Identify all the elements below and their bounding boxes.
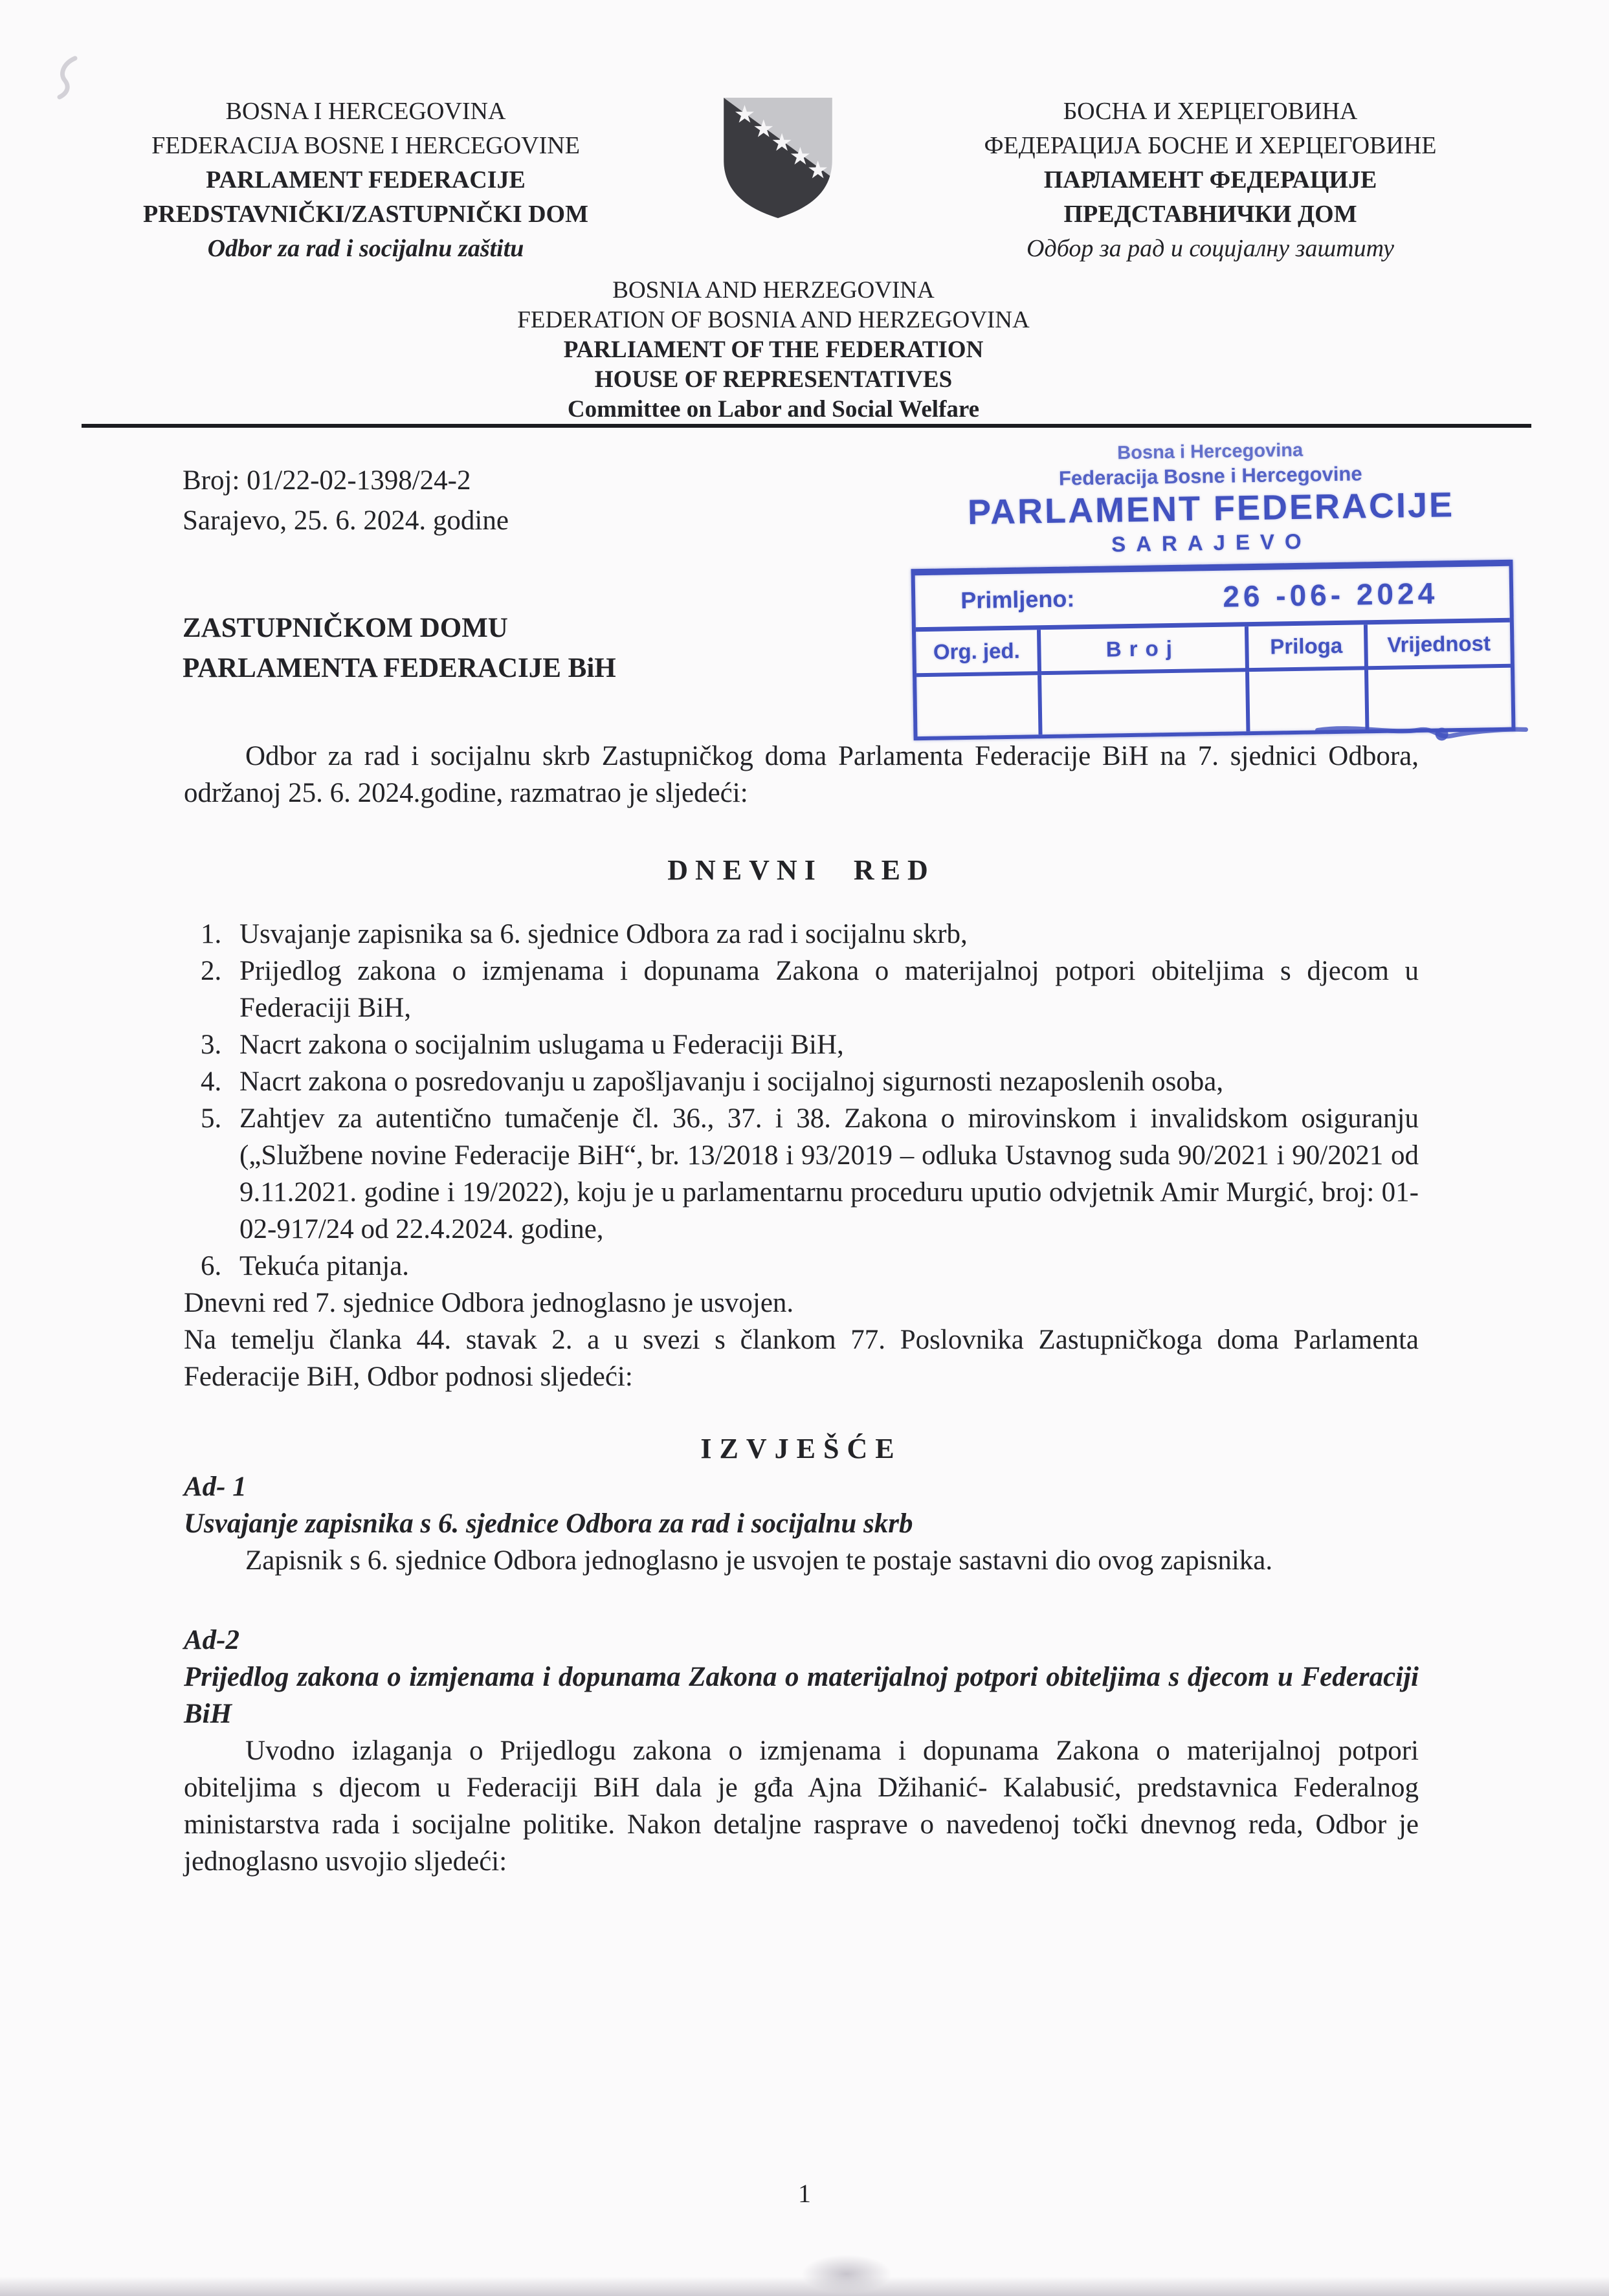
letterhead-cyrillic-line5: Одбор за рад и социјалну заштиту bbox=[913, 232, 1508, 266]
agenda-item-text: Usvajanje zapisnika sa 6. sjednice Odbor… bbox=[239, 916, 1419, 953]
letterhead-bosnian: BOSNA I HERCEGOVINA FEDERACIJA BOSNE I H… bbox=[78, 94, 654, 266]
agenda-item-3: 3. Nacrt zakona o socijalnim uslugama u … bbox=[184, 1026, 1419, 1063]
letterhead-english: BOSNIA AND HERZEGOVINA FEDERATION OF BOS… bbox=[379, 276, 1168, 425]
agenda-item-4: 4. Nacrt zakona o posredovanju u zapošlj… bbox=[184, 1063, 1419, 1100]
agenda-item-number: 6. bbox=[184, 1248, 239, 1285]
scan-edge-shadow bbox=[0, 2277, 1609, 2296]
agenda-item-6: 6. Tekuća pitanja. bbox=[184, 1248, 1419, 1285]
reference-number: Broj: 01/22-02-1398/24-2 bbox=[183, 461, 509, 501]
agenda-item-text: Tekuća pitanja. bbox=[239, 1248, 1419, 1285]
place-and-date: Sarajevo, 25. 6. 2024. godine bbox=[183, 501, 509, 541]
agenda-item-1: 1. Usvajanje zapisnika sa 6. sjednice Od… bbox=[184, 916, 1419, 953]
agenda-heading: DNEVNI RED bbox=[184, 852, 1419, 889]
stamp-col-broj: Broj bbox=[1041, 626, 1249, 675]
letterhead-bosnian-line3: PARLAMENT FEDERACIJE bbox=[78, 163, 654, 197]
ad2-label: Ad-2 bbox=[184, 1622, 1419, 1659]
agenda-item-number: 1. bbox=[184, 916, 239, 953]
intro-paragraph: Odbor za rad i socijalnu skrb Zastupničk… bbox=[184, 738, 1419, 811]
report-heading: IZVJEŠĆE bbox=[184, 1430, 1419, 1467]
letterhead-bosnian-line1: BOSNA I HERCEGOVINA bbox=[78, 94, 654, 129]
recipient-block: ZASTUPNIČKOM DOMU PARLAMENTA FEDERACIJE … bbox=[183, 608, 616, 689]
stamp-col-org-jed: Org. jed. bbox=[916, 630, 1041, 677]
stamp-received-row: Primljeno: 26 -06- 2024 bbox=[915, 566, 1510, 632]
stamp-col-vrijednost: Vrijednost bbox=[1368, 623, 1511, 670]
letterhead-cyrillic: БОСНА И ХЕРЦЕГОВИНА ФЕДЕРАЦИЈА БОСНЕ И Х… bbox=[913, 94, 1508, 266]
page-number: 1 bbox=[0, 2178, 1609, 2209]
bih-coat-of-arms-shield-icon bbox=[716, 91, 840, 223]
ad1-label: Ad- 1 bbox=[184, 1468, 1419, 1505]
ad1-title: Usvajanje zapisnika s 6. sjednice Odbora… bbox=[184, 1505, 1419, 1542]
letterhead-cyrillic-line4: ПРЕДСТАВНИЧКИ ДОМ bbox=[913, 197, 1508, 232]
agenda-item-number: 4. bbox=[184, 1063, 239, 1100]
stamp-table: Primljeno: 26 -06- 2024 Org. jed. Broj P… bbox=[911, 560, 1515, 741]
stamp-received-label: Primljeno: bbox=[960, 585, 1075, 614]
letterhead-bosnian-line5: Odbor za rad i socijalnu zaštitu bbox=[78, 232, 654, 266]
agenda-item-text: Zahtjev za autentično tumačenje čl. 36.,… bbox=[239, 1100, 1419, 1248]
stamp-col-priloga: Priloga bbox=[1248, 624, 1368, 672]
letterhead-bosnian-line2: FEDERACIJA BOSNE I HERCEGOVINE bbox=[78, 129, 654, 163]
letterhead-english-line3: PARLIAMENT OF THE FEDERATION bbox=[379, 335, 1168, 365]
letterhead-cyrillic-line3: ПАРЛАМЕНТ ФЕДЕРАЦИЈЕ bbox=[913, 163, 1508, 197]
stamp-empty-cell bbox=[1041, 672, 1250, 734]
ad1-body-paragraph: Zapisnik s 6. sjednice Odbora jednoglasn… bbox=[184, 1542, 1419, 1579]
recipient-line1: ZASTUPNIČKOM DOMU bbox=[183, 608, 616, 648]
agenda-item-number: 3. bbox=[184, 1026, 239, 1063]
agenda-item-number: 2. bbox=[184, 953, 239, 1026]
legal-basis-paragraph: Na temelju članka 44. stavak 2. a u svez… bbox=[184, 1321, 1419, 1395]
recipient-line2: PARLAMENTA FEDERACIJE BiH bbox=[183, 648, 616, 689]
agenda-list: 1. Usvajanje zapisnika sa 6. sjednice Od… bbox=[184, 916, 1419, 1285]
reference-block: Broj: 01/22-02-1398/24-2 Sarajevo, 25. 6… bbox=[183, 461, 509, 541]
letterhead-english-line2: FEDERATION OF BOSNIA AND HERZEGOVINA bbox=[379, 305, 1168, 335]
letterhead-english-line5: Committee on Labor and Social Welfare bbox=[379, 395, 1168, 425]
agenda-item-5: 5. Zahtjev za autentično tumačenje čl. 3… bbox=[184, 1100, 1419, 1248]
letterhead-divider-rule bbox=[82, 424, 1531, 428]
agenda-item-text: Nacrt zakona o posredovanju u zapošljava… bbox=[239, 1063, 1419, 1100]
ad2-body-paragraph: Uvodno izlaganja o Prijedlogu zakona o i… bbox=[184, 1732, 1419, 1880]
letterhead-cyrillic-line2: ФЕДЕРАЦИЈА БОСНЕ И ХЕРЦЕГОВИНЕ bbox=[913, 129, 1508, 163]
letterhead-english-line4: HOUSE OF REPRESENTATIVES bbox=[379, 365, 1168, 395]
letterhead-bosnian-line4: PREDSTAVNIČKI/ZASTUPNIČKI DOM bbox=[78, 197, 654, 232]
letterhead-cyrillic-line1: БОСНА И ХЕРЦЕГОВИНА bbox=[913, 94, 1508, 129]
receipt-stamp: Bosna i Hercegovina Federacija Bosne i H… bbox=[909, 436, 1515, 741]
agenda-adopted-paragraph: Dnevni red 7. sjednice Odbora jednoglasn… bbox=[184, 1285, 1419, 1321]
stamp-empty-cell bbox=[916, 675, 1042, 736]
agenda-item-text: Nacrt zakona o socijalnim uslugama u Fed… bbox=[239, 1026, 1419, 1063]
document-body: Odbor za rad i socijalnu skrb Zastupničk… bbox=[184, 738, 1419, 1880]
scanned-document-page: BOSNA I HERCEGOVINA FEDERACIJA BOSNE I H… bbox=[0, 0, 1609, 2296]
stamp-received-date: 26 -06- 2024 bbox=[1223, 576, 1439, 614]
agenda-item-number: 5. bbox=[184, 1100, 239, 1248]
agenda-item-2: 2. Prijedlog zakona o izmjenama i dopuna… bbox=[184, 953, 1419, 1026]
ad2-title: Prijedlog zakona o izmjenama i dopunama … bbox=[184, 1659, 1419, 1732]
agenda-item-text: Prijedlog zakona o izmjenama i dopunama … bbox=[239, 953, 1419, 1026]
letterhead-english-line1: BOSNIA AND HERZEGOVINA bbox=[379, 276, 1168, 305]
